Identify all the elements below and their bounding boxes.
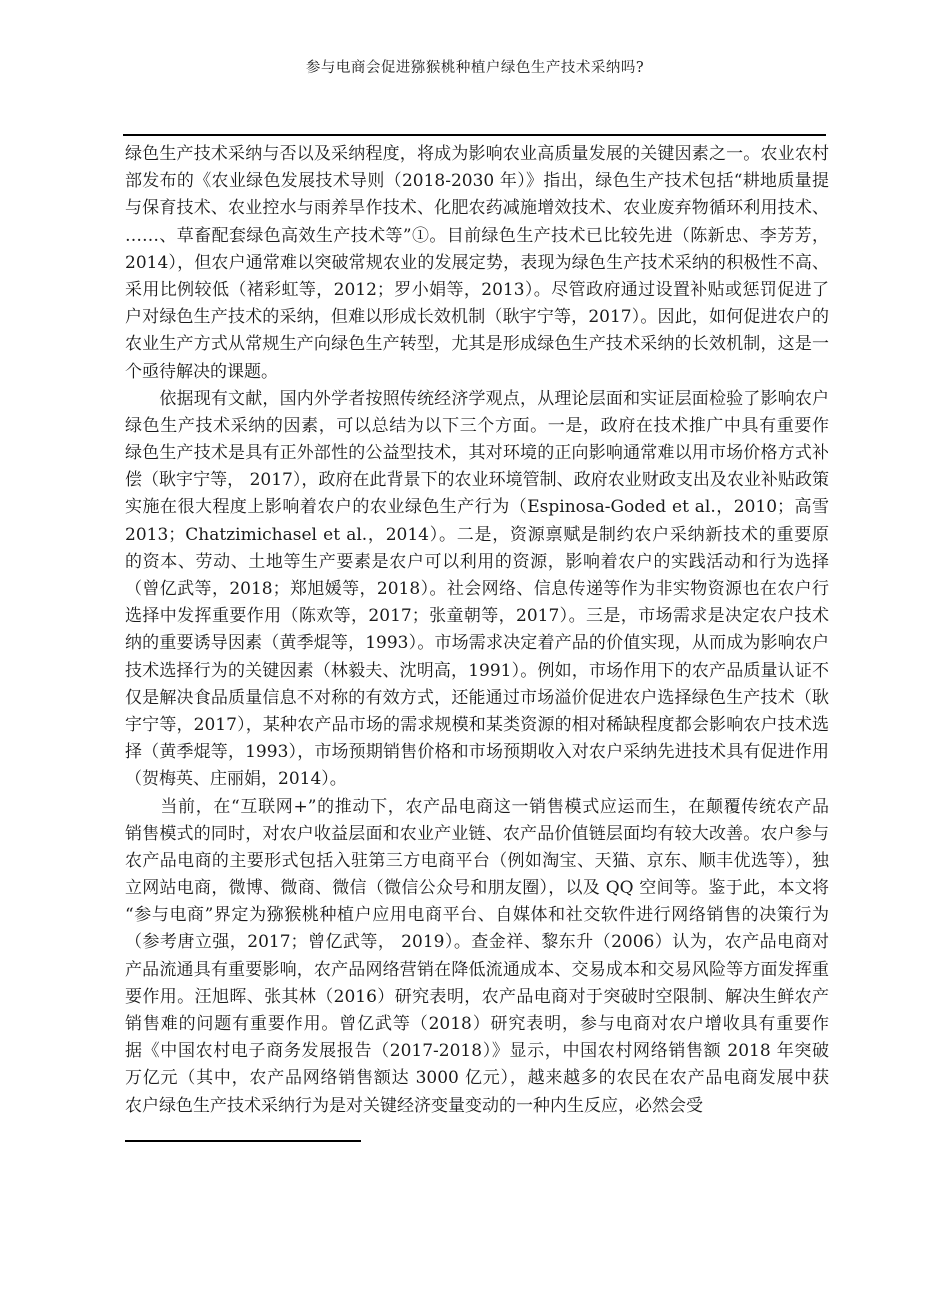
text-line: （参考唐立强，2017；曾亿武等， 2019）。查金祥、黎东升（2006）认为，… xyxy=(125,929,829,956)
text-line: 绿色生产技术是具有正外部性的公益型技术，其对环境的正向影响通常难以用市场价格方式… xyxy=(125,440,829,467)
text-line: 2014），但农户通常难以突破常规农业的发展定势，表现为绿色生产技术采纳的积极性… xyxy=(125,250,829,277)
text-line: 产品流通具有重要影响，农产品网络营销在降低流通成本、交易成本和交易风险等方面发挥… xyxy=(125,957,829,984)
text-line: 2013；Chatzimichasel et al.，2014）。二是，资源禀赋… xyxy=(125,522,829,549)
text-line: 销售模式的同时，对农户收益层面和农业产业链、农产品价值链层面均有较大改善。农户参… xyxy=(125,821,829,848)
footnote-separator-rule xyxy=(125,1140,361,1142)
text-line: 依据现有文献，国内外学者按照传统经济学观点，从理论层面和实证层面检验了影响农户 xyxy=(125,386,829,413)
document-page: 参与电商会促进猕猴桃种植户绿色生产技术采纳吗? 绿色生产技术采纳与否以及采纳程度… xyxy=(0,0,950,1308)
text-line: 选择中发挥重要作用（陈欢等，2017；张童朝等，2017）。三是，市场需求是决定… xyxy=(125,603,829,630)
text-line: 农业生产方式从常规生产向绿色生产转型，尤其是形成绿色生产技术采纳的长效机制，这是… xyxy=(125,331,829,358)
text-line: 与保育技术、农业控水与雨养旱作技术、化肥农药减施增效技术、农业废弃物循环利用技术… xyxy=(125,195,829,222)
text-line: 立网站电商，微博、微商、微信（微信公众号和朋友圈），以及 QQ 空间等。鉴于此，… xyxy=(125,875,829,902)
text-line: ……、草畜配套绿色高效生产技术等”①。目前绿色生产技术已比较先进（陈新忠、李芳芳… xyxy=(125,223,829,250)
text-line: 销售难的问题有重要作用。曾亿武等（2018）研究表明，参与电商对农户增收具有重要… xyxy=(125,1011,829,1038)
text-line: 纳的重要诱导因素（黄季焜等，1993）。市场需求决定着产品的价值实现，从而成为影… xyxy=(125,630,829,657)
header-divider-rule xyxy=(123,134,826,136)
text-line: “参与电商”界定为猕猴桃种植户应用电商平台、自媒体和社交软件进行网络销售的决策行… xyxy=(125,902,829,929)
text-line: 的资本、劳动、土地等生产要素是农户可以利用的资源，影响着农户的实践活动和行为选择 xyxy=(125,549,829,576)
page-title: 参与电商会促进猕猴桃种植户绿色生产技术采纳吗? xyxy=(123,58,827,78)
text-line: 户对绿色生产技术的采纳，但难以形成长效机制（耿宇宁等，2017）。因此，如何促进… xyxy=(125,304,829,331)
text-line: 采用比例较低（褚彩虹等，2012；罗小娟等，2013）。尽管政府通过设置补贴或惩… xyxy=(125,277,829,304)
text-line-paragraph-end: 农户绿色生产技术采纳行为是对关键经济变量变动的一种内生反应，必然会受 xyxy=(125,1093,829,1120)
text-line: 仅是解决食品质量信息不对称的有效方式，还能通过市场溢价促进农户选择绿色生产技术（… xyxy=(125,685,829,712)
text-line: 绿色生产技术采纳的因素，可以总结为以下三个方面。一是，政府在技术推广中具有重要作… xyxy=(125,413,829,440)
text-line: 当前，在“互联网+”的推动下，农产品电商这一销售模式应运而生，在颠覆传统农产品 xyxy=(125,794,829,821)
text-line: 绿色生产技术采纳与否以及采纳程度，将成为影响农业高质量发展的关键因素之一。农业农… xyxy=(125,141,829,168)
text-line: 要作用。汪旭晖、张其林（2016）研究表明，农产品电商对于突破时空限制、解决生鲜… xyxy=(125,984,829,1011)
text-line-paragraph-end: （贺梅英、庄丽娟，2014）。 xyxy=(125,766,829,793)
text-line: 农产品电商的主要形式包括入驻第三方电商平台（例如淘宝、天猫、京东、顺丰优选等），… xyxy=(125,848,829,875)
text-line: 择（黄季焜等，1993），市场预期销售价格和市场预期收入对农户采纳先进技术具有促… xyxy=(125,739,829,766)
text-line: 部发布的《农业绿色发展技术导则（2018-2030 年）》指出，绿色生产技术包括… xyxy=(125,168,829,195)
text-line: 万亿元（其中，农产品网络销售额达 3000 亿元），越来越多的农民在农产品电商发… xyxy=(125,1065,829,1092)
text-line: 据《中国农村电子商务发展报告（2017-2018）》显示，中国农村网络销售额 2… xyxy=(125,1038,829,1065)
text-line: 宇宁等，2017），某种农产品市场的需求规模和某类资源的相对稀缺程度都会影响农户… xyxy=(125,712,829,739)
text-line: 实施在很大程度上影响着农户的农业绿色生产行为（Espinosa-Goded et… xyxy=(125,494,829,521)
body-text: 绿色生产技术采纳与否以及采纳程度，将成为影响农业高质量发展的关键因素之一。农业农… xyxy=(125,141,829,1120)
text-line-paragraph-end: 个亟待解决的课题。 xyxy=(125,359,829,386)
text-line: 偿（耿宇宁等， 2017），政府在此背景下的农业环境管制、政府农业财政支出及农业… xyxy=(125,467,829,494)
text-line: （曾亿武等，2018；郑旭媛等，2018）。社会网络、信息传递等作为非实物资源也… xyxy=(125,576,829,603)
text-line: 技术选择行为的关键因素（林毅夫、沈明高，1991）。例如，市场作用下的农产品质量… xyxy=(125,658,829,685)
